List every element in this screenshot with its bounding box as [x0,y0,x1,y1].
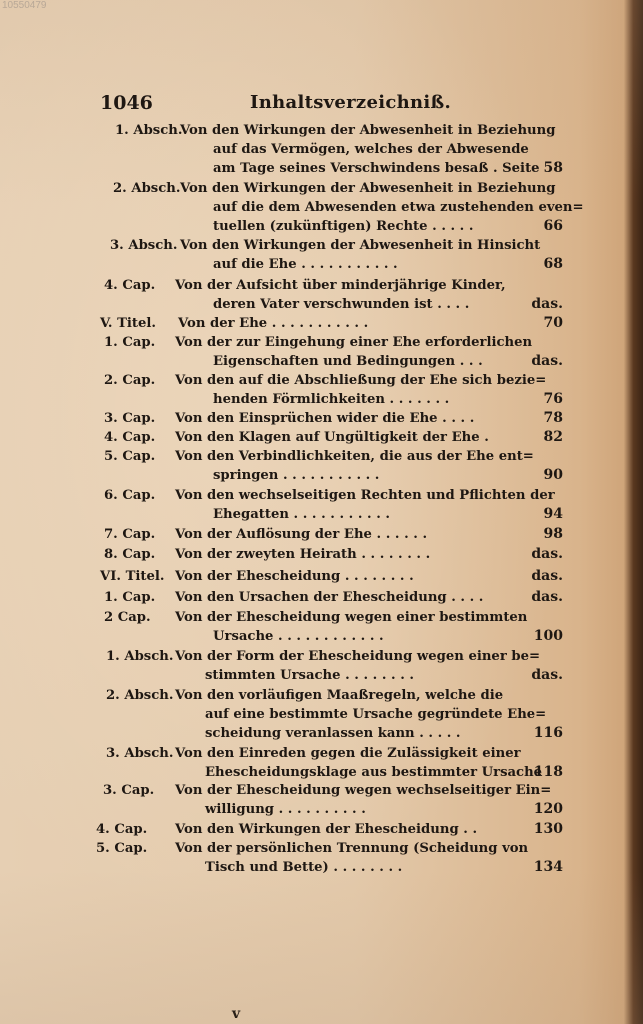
toc-entry-text: Von den Verbindlichkeiten, die aus der E… [175,447,534,466]
toc-entry-text: Von den Einsprüchen wider die Ehe . . . … [175,409,474,428]
signature-mark: v [232,1006,240,1022]
page-title: Inhaltsverzeichniß. [250,92,451,113]
toc-entry-text: Von der Ehescheidung . . . . . . . . [175,567,414,586]
toc-entry-text: Von den Wirkungen der Ehescheidung . . [175,820,477,839]
toc-entry-text: Ehegatten . . . . . . . . . . . [213,505,390,524]
toc-entry-label: 5. Cap. [96,839,147,858]
toc-entry-label: 5. Cap. [104,447,155,466]
toc-entry: 1. Cap.Von den Ursachen der Ehescheidung… [0,588,643,607]
toc-entry: 7. Cap.Von der Auflösung der Ehe . . . .… [0,525,643,544]
toc-entry-label: 4. Cap. [104,276,155,295]
toc-entry: 1. Absch.Von den Wirkungen der Abwesenhe… [0,121,643,178]
toc-entry-text: Von der zweyten Heirath . . . . . . . . [175,545,430,564]
toc-entry-label: 2. Absch. [113,179,180,198]
toc-entry-page: 70 [544,314,563,333]
toc-entry-label: 3. Cap. [104,409,155,428]
toc-entry-text: Tisch und Bette) . . . . . . . . [205,858,402,877]
toc-entry-page: 118 [534,763,563,782]
toc-entry-text: deren Vater verschwunden ist . . . . [213,295,469,314]
toc-entry-label: 8. Cap. [104,545,155,564]
toc-entry-text: Von den vorläufigen Maaßregeln, welche d… [175,686,503,705]
toc-entry-text: Von der persönlichen Trennung (Scheidung… [175,839,528,858]
toc-entry-page: 68 [544,255,563,274]
toc-entry-page: 134 [534,858,563,877]
toc-entry: 2. Cap.Von den auf die Abschließung der … [0,371,643,409]
toc-entry-text: am Tage seines Verschwindens besaß . Sei… [213,159,540,178]
toc-entry: 2 Cap.Von der Ehescheidung wegen einer b… [0,608,643,646]
toc-entry-label: 1. Absch. [115,121,182,140]
toc-entry-label: 1. Absch. [106,647,173,666]
toc-entry-page: 120 [534,800,563,819]
toc-entry-label: 6. Cap. [104,486,155,505]
toc-entry: 1. Absch.Von der Form der Ehescheidung w… [0,647,643,685]
toc-entry-text: tuellen (zukünftigen) Rechte . . . . . [213,217,473,236]
toc-entry-text: Ursache . . . . . . . . . . . . [213,627,384,646]
toc-entry-page: 78 [544,409,563,428]
toc-entry-text: Von den Wirkungen der Abwesenheit in Bez… [180,121,555,140]
toc-entry-page: das. [531,545,563,564]
toc-entry-label: 2. Cap. [104,371,155,390]
toc-entry: 6. Cap.Von den wechselseitigen Rechten u… [0,486,643,524]
toc-entry: 4. Cap.Von der Aufsicht über minderjähri… [0,276,643,314]
toc-entry-label: 2. Absch. [106,686,173,705]
toc-entry: 1. Cap.Von der zur Eingehung einer Ehe e… [0,333,643,371]
toc-entry-text: Von der Ehescheidung wegen wechselseitig… [175,781,551,800]
toc-entry-page: 90 [544,466,563,485]
toc-entry-page: 130 [534,820,563,839]
toc-entry-text: auf das Vermögen, welches der Abwesende [213,140,529,159]
toc-entry-text: Eigenschaften und Bedingungen . . . [213,352,483,371]
toc-entry-label: 1. Cap. [104,333,155,352]
toc-entry: 8. Cap.Von der zweyten Heirath . . . . .… [0,545,643,564]
toc-entry: 4. Cap.Von den Klagen auf Ungültigkeit d… [0,428,643,447]
toc-entry-text: Von der Ehe . . . . . . . . . . . [178,314,368,333]
toc-entry-page: das. [531,352,563,371]
toc-entry-text: Von der Auflösung der Ehe . . . . . . [175,525,427,544]
toc-entry: 3. Absch.Von den Einreden gegen die Zulä… [0,744,643,782]
toc-entry-text: auf die dem Abwesenden etwa zustehenden … [213,198,584,217]
toc-entry: 3. Cap.Von der Ehescheidung wegen wechse… [0,781,643,819]
toc-entry-text: Von den Einreden gegen die Zulässigkeit … [175,744,521,763]
toc-entry-text: stimmten Ursache . . . . . . . . [205,666,414,685]
toc-entry-label: 4. Cap. [104,428,155,447]
toc-entry-text: Von den Klagen auf Ungültigkeit der Ehe … [175,428,489,447]
toc-entry: V. Titel.Von der Ehe . . . . . . . . . .… [0,314,643,333]
toc-entry-text: Von der zur Eingehung einer Ehe erforder… [175,333,532,352]
toc-entry-page: das. [531,588,563,607]
scan-id: 10550479 [2,0,47,11]
toc-entry: 3. Cap.Von den Einsprüchen wider die Ehe… [0,409,643,428]
toc-entry: 5. Cap.Von den Verbindlichkeiten, die au… [0,447,643,485]
toc-entry-page: 58 [544,159,563,178]
toc-entry-text: Von der Aufsicht über minderjährige Kind… [175,276,506,295]
toc-entry-page: 100 [534,627,563,646]
toc-entry-label: 2 Cap. [104,608,151,627]
toc-entry-page: 76 [544,390,563,409]
toc-entry: 4. Cap.Von den Wirkungen der Ehescheidun… [0,820,643,839]
toc-entry-label: 3. Absch. [110,236,177,255]
toc-entry-text: Ehescheidungsklage aus bestimmter Ursach… [205,763,542,782]
toc-entry-page: 116 [534,724,563,743]
toc-entry: 2. Absch.Von den vorläufigen Maaßregeln,… [0,686,643,743]
page-number: 1046 [100,92,153,114]
toc-entry-text: scheidung veranlassen kann . . . . . [205,724,461,743]
toc-entry: 3. Absch.Von den Wirkungen der Abwesenhe… [0,236,643,274]
toc-entry-label: VI. Titel. [100,567,165,586]
toc-entry-text: Von den auf die Abschließung der Ehe sic… [175,371,546,390]
toc-entry-label: 7. Cap. [104,525,155,544]
toc-entry-label: 4. Cap. [96,820,147,839]
toc-entry-label: V. Titel. [100,314,156,333]
toc-entry-text: auf die Ehe . . . . . . . . . . . [213,255,398,274]
toc-entry-page: 98 [544,525,563,544]
toc-entry-page: das. [531,295,563,314]
toc-entry-text: Von den Wirkungen der Abwesenheit in Hin… [180,236,540,255]
toc-entry-page: 94 [544,505,563,524]
page-header: 1046 Inhaltsverzeichniß. [100,92,540,116]
toc-entry-text: Von den wechselseitigen Rechten und Pfli… [175,486,555,505]
toc-entry-page: das. [531,567,563,586]
toc-entry: 5. Cap.Von der persönlichen Trennung (Sc… [0,839,643,877]
toc-entry-text: Von der Form der Ehescheidung wegen eine… [175,647,540,666]
toc-entry-text: Von der Ehescheidung wegen einer bestimm… [175,608,527,627]
toc-entry: VI. Titel.Von der Ehescheidung . . . . .… [0,567,643,586]
toc-entry-page: 66 [544,217,563,236]
toc-entry-text: henden Förmlichkeiten . . . . . . . [213,390,449,409]
toc-entry-text: Von den Wirkungen der Abwesenheit in Bez… [180,179,555,198]
toc-entry-label: 3. Cap. [103,781,154,800]
toc-entry-text: willigung . . . . . . . . . . [205,800,366,819]
toc-entry-text: springen . . . . . . . . . . . [213,466,379,485]
toc-entry-page: 82 [544,428,563,447]
toc-entry: 2. Absch.Von den Wirkungen der Abwesenhe… [0,179,643,236]
toc-entry-label: 1. Cap. [104,588,155,607]
toc-entry-page: das. [531,666,563,685]
toc-entry-text: Von den Ursachen der Ehescheidung . . . … [175,588,483,607]
toc-entry-label: 3. Absch. [106,744,173,763]
toc-entry-text: auf eine bestimmte Ursache gegründete Eh… [205,705,546,724]
